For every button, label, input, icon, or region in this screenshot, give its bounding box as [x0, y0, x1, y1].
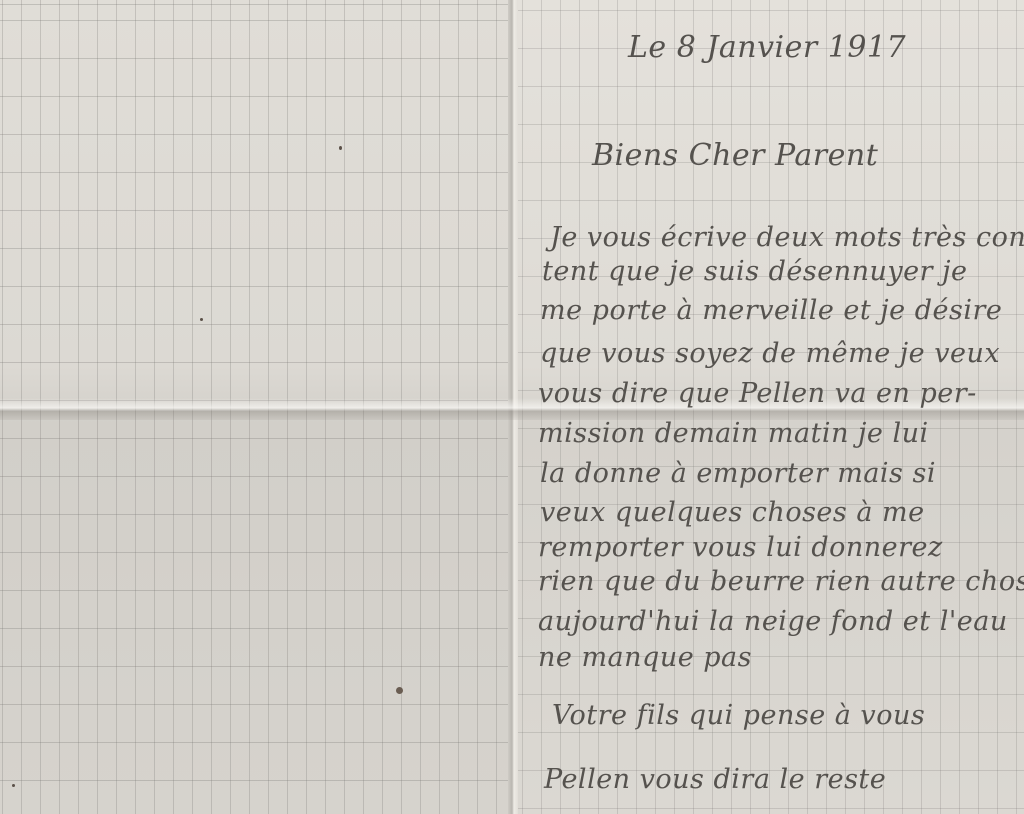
letter-photo: Le 8 Janvier 1917 Biens Cher Parent Je v…	[0, 0, 1024, 814]
body-line: rien que du beurre rien autre chose	[538, 566, 1024, 597]
letter-closing: Votre fils qui pense à vous	[552, 700, 925, 731]
ink-speck	[200, 318, 203, 321]
letter-postscript: Pellen vous dira le reste	[544, 764, 886, 795]
body-line: tent que je suis désennuyer je	[542, 256, 967, 287]
ink-speck	[339, 146, 342, 150]
body-line: la donne à emporter mais si	[540, 458, 936, 489]
letter-salutation: Biens Cher Parent	[592, 138, 878, 173]
ink-speck	[396, 687, 403, 694]
letter-text: Le 8 Janvier 1917 Biens Cher Parent Je v…	[530, 0, 1020, 814]
body-line: vous dire que Pellen va en per-	[538, 378, 977, 409]
body-line: me porte à merveille et je désire	[540, 295, 1002, 326]
body-line: mission demain matin je lui	[538, 418, 929, 449]
ink-speck	[12, 784, 15, 787]
body-line: ne manque pas	[538, 642, 752, 673]
body-line: aujourd'hui la neige fond et l'eau	[538, 606, 1008, 637]
body-line: que vous soyez de même je veux	[540, 338, 1000, 369]
body-line: veux quelques choses à me	[540, 497, 925, 528]
letter-date: Le 8 Janvier 1917	[628, 30, 906, 65]
body-line: remporter vous lui donnerez	[538, 532, 943, 563]
body-line: Je vous écrive deux mots très con-	[550, 222, 1024, 253]
